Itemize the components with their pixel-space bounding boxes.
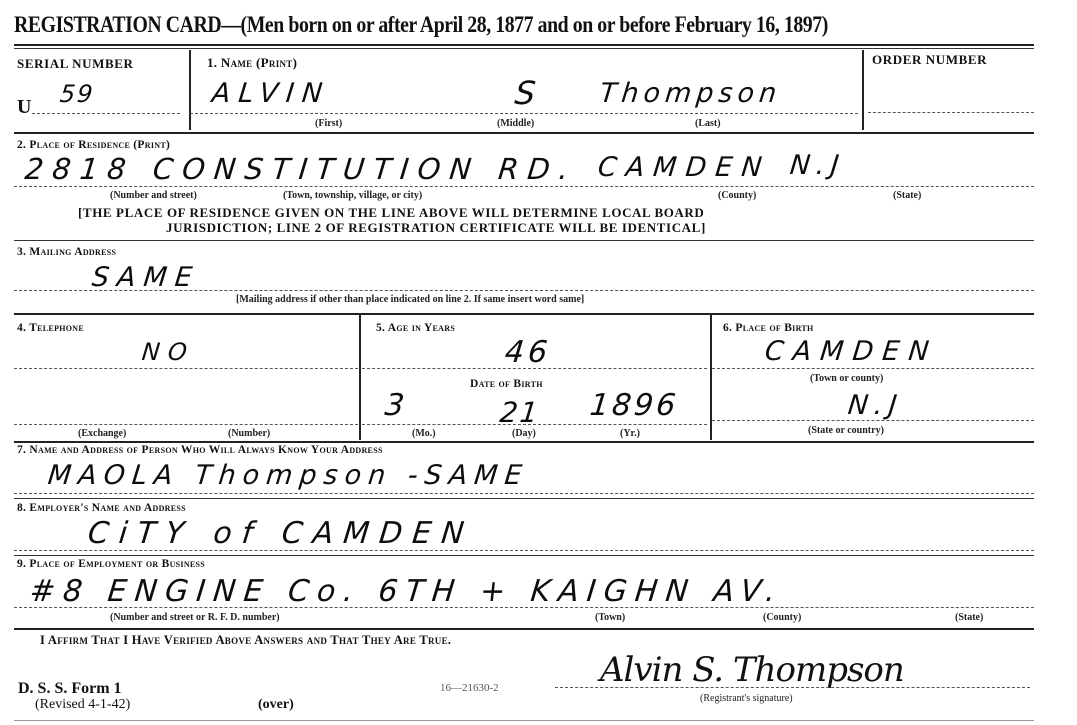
card-title: REGISTRATION CARD—(Men born on or after … (14, 12, 828, 38)
dob-month-value: 3 (383, 388, 414, 423)
birthplace-state-caption: (State or country) (808, 425, 884, 436)
street-caption: (Number and street) (110, 190, 197, 201)
telephone-divider (359, 315, 361, 440)
employer-label: 8. Employer's Name and Address (17, 502, 186, 514)
state-caption: (State) (893, 190, 921, 201)
order-number-line (868, 112, 1034, 113)
employment-county-caption: (County) (763, 612, 801, 623)
employment-value: #8 ENGINE Co. 6TH + KAIGHN AV. (28, 574, 785, 609)
birthplace-label: 6. Place of Birth (723, 322, 814, 334)
dob-label: Date of Birth (470, 378, 543, 390)
residence-line (14, 186, 1034, 187)
last-caption: (Last) (695, 118, 721, 129)
residence-notice-line1: [THE PLACE OF RESIDENCE GIVEN ON THE LIN… (78, 205, 704, 221)
telephone-value: NO (141, 338, 197, 366)
first-name-value: ALVIN (210, 78, 331, 109)
month-caption: (Mo.) (412, 428, 436, 439)
employment-town-caption: (Town) (595, 612, 625, 623)
employment-state-caption: (State) (955, 612, 983, 623)
divider-row2 (14, 240, 1034, 241)
first-caption: (First) (315, 118, 342, 129)
dob-year-value: 1896 (588, 388, 680, 423)
order-number-label: ORDER NUMBER (872, 52, 987, 68)
middle-name-value: S (513, 74, 545, 112)
birthplace-state-line (712, 420, 1034, 421)
divider-top (14, 44, 1034, 46)
mailing-line (14, 290, 1034, 291)
birthplace-town-value: CAMDEN (763, 336, 939, 367)
dob-line (362, 424, 707, 425)
signature-caption: (Registrant's signature) (700, 693, 793, 704)
employment-label: 9. Place of Employment or Business (17, 558, 205, 570)
employment-street-caption: (Number and street or R. F. D. number) (110, 612, 280, 623)
employer-value: CiTY of CAMDEN (86, 516, 475, 551)
age-divider (710, 315, 712, 440)
serial-divider (189, 50, 191, 130)
employer-line (14, 550, 1034, 551)
mailing-value: SAME (90, 262, 201, 293)
contact-value: MAOLA Thompson -SAME (46, 460, 530, 491)
mailing-caption: [Mailing address if other than place ind… (236, 294, 584, 305)
over-note: (over) (258, 697, 294, 713)
contact-line (14, 493, 1034, 494)
divider-row4 (14, 441, 1034, 443)
divider-row3 (14, 313, 1034, 315)
divider-bottom (14, 720, 1034, 721)
divider-top-2 (14, 48, 1034, 49)
serial-line (32, 113, 180, 114)
telephone-line-2 (14, 424, 358, 425)
affirmation-text: I Affirm That I Have Verified Above Answ… (40, 633, 451, 648)
print-code: 16—21630-2 (440, 682, 499, 694)
day-caption: (Day) (512, 428, 536, 439)
birthplace-town-line (712, 368, 1034, 369)
form-revised: (Revised 4-1-42) (35, 697, 130, 713)
employment-line (14, 607, 1034, 608)
order-divider (862, 50, 864, 130)
town-caption: (Town, township, village, or city) (283, 190, 422, 201)
form-name: D. S. S. Form 1 (18, 680, 122, 698)
divider-row8 (14, 555, 1034, 556)
telephone-line-1 (14, 368, 358, 369)
last-name-value: Thompson (598, 78, 783, 109)
divider-row9 (14, 628, 1034, 630)
county-caption: (County) (718, 190, 756, 201)
residence-label: 2. Place of Residence (Print) (17, 139, 170, 151)
divider-row1 (14, 132, 1034, 134)
residence-state-value: N.J (788, 150, 846, 181)
exchange-caption: (Exchange) (78, 428, 126, 439)
telephone-label: 4. Telephone (17, 322, 84, 334)
divider-row7 (14, 498, 1034, 499)
serial-number-label: SERIAL NUMBER (17, 56, 134, 72)
registrant-signature: Alvin S. Thompson (600, 650, 904, 690)
residence-town-value: CAMDEN (596, 152, 772, 183)
residence-street-value: 2818 CONSTITUTION RD. (23, 152, 579, 186)
name-line (190, 113, 858, 114)
contact-label: 7. Name and Address of Person Who Will A… (17, 444, 383, 456)
mailing-label: 3. Mailing Address (17, 246, 116, 258)
signature-line (555, 687, 1030, 688)
age-line (362, 368, 707, 369)
year-caption: (Yr.) (620, 428, 640, 439)
residence-notice-line2: JURISDICTION; LINE 2 OF REGISTRATION CER… (166, 220, 706, 236)
serial-number-value: 59 (59, 80, 96, 108)
age-label: 5. Age in Years (376, 322, 455, 334)
name-label: 1. Name (Print) (207, 55, 297, 71)
birthplace-town-caption: (Town or county) (810, 373, 883, 384)
serial-prefix: U (17, 96, 32, 119)
number-caption: (Number) (228, 428, 270, 439)
middle-caption: (Middle) (497, 118, 534, 129)
birthplace-state-value: N.J (846, 390, 904, 421)
age-value: 46 (503, 335, 553, 370)
